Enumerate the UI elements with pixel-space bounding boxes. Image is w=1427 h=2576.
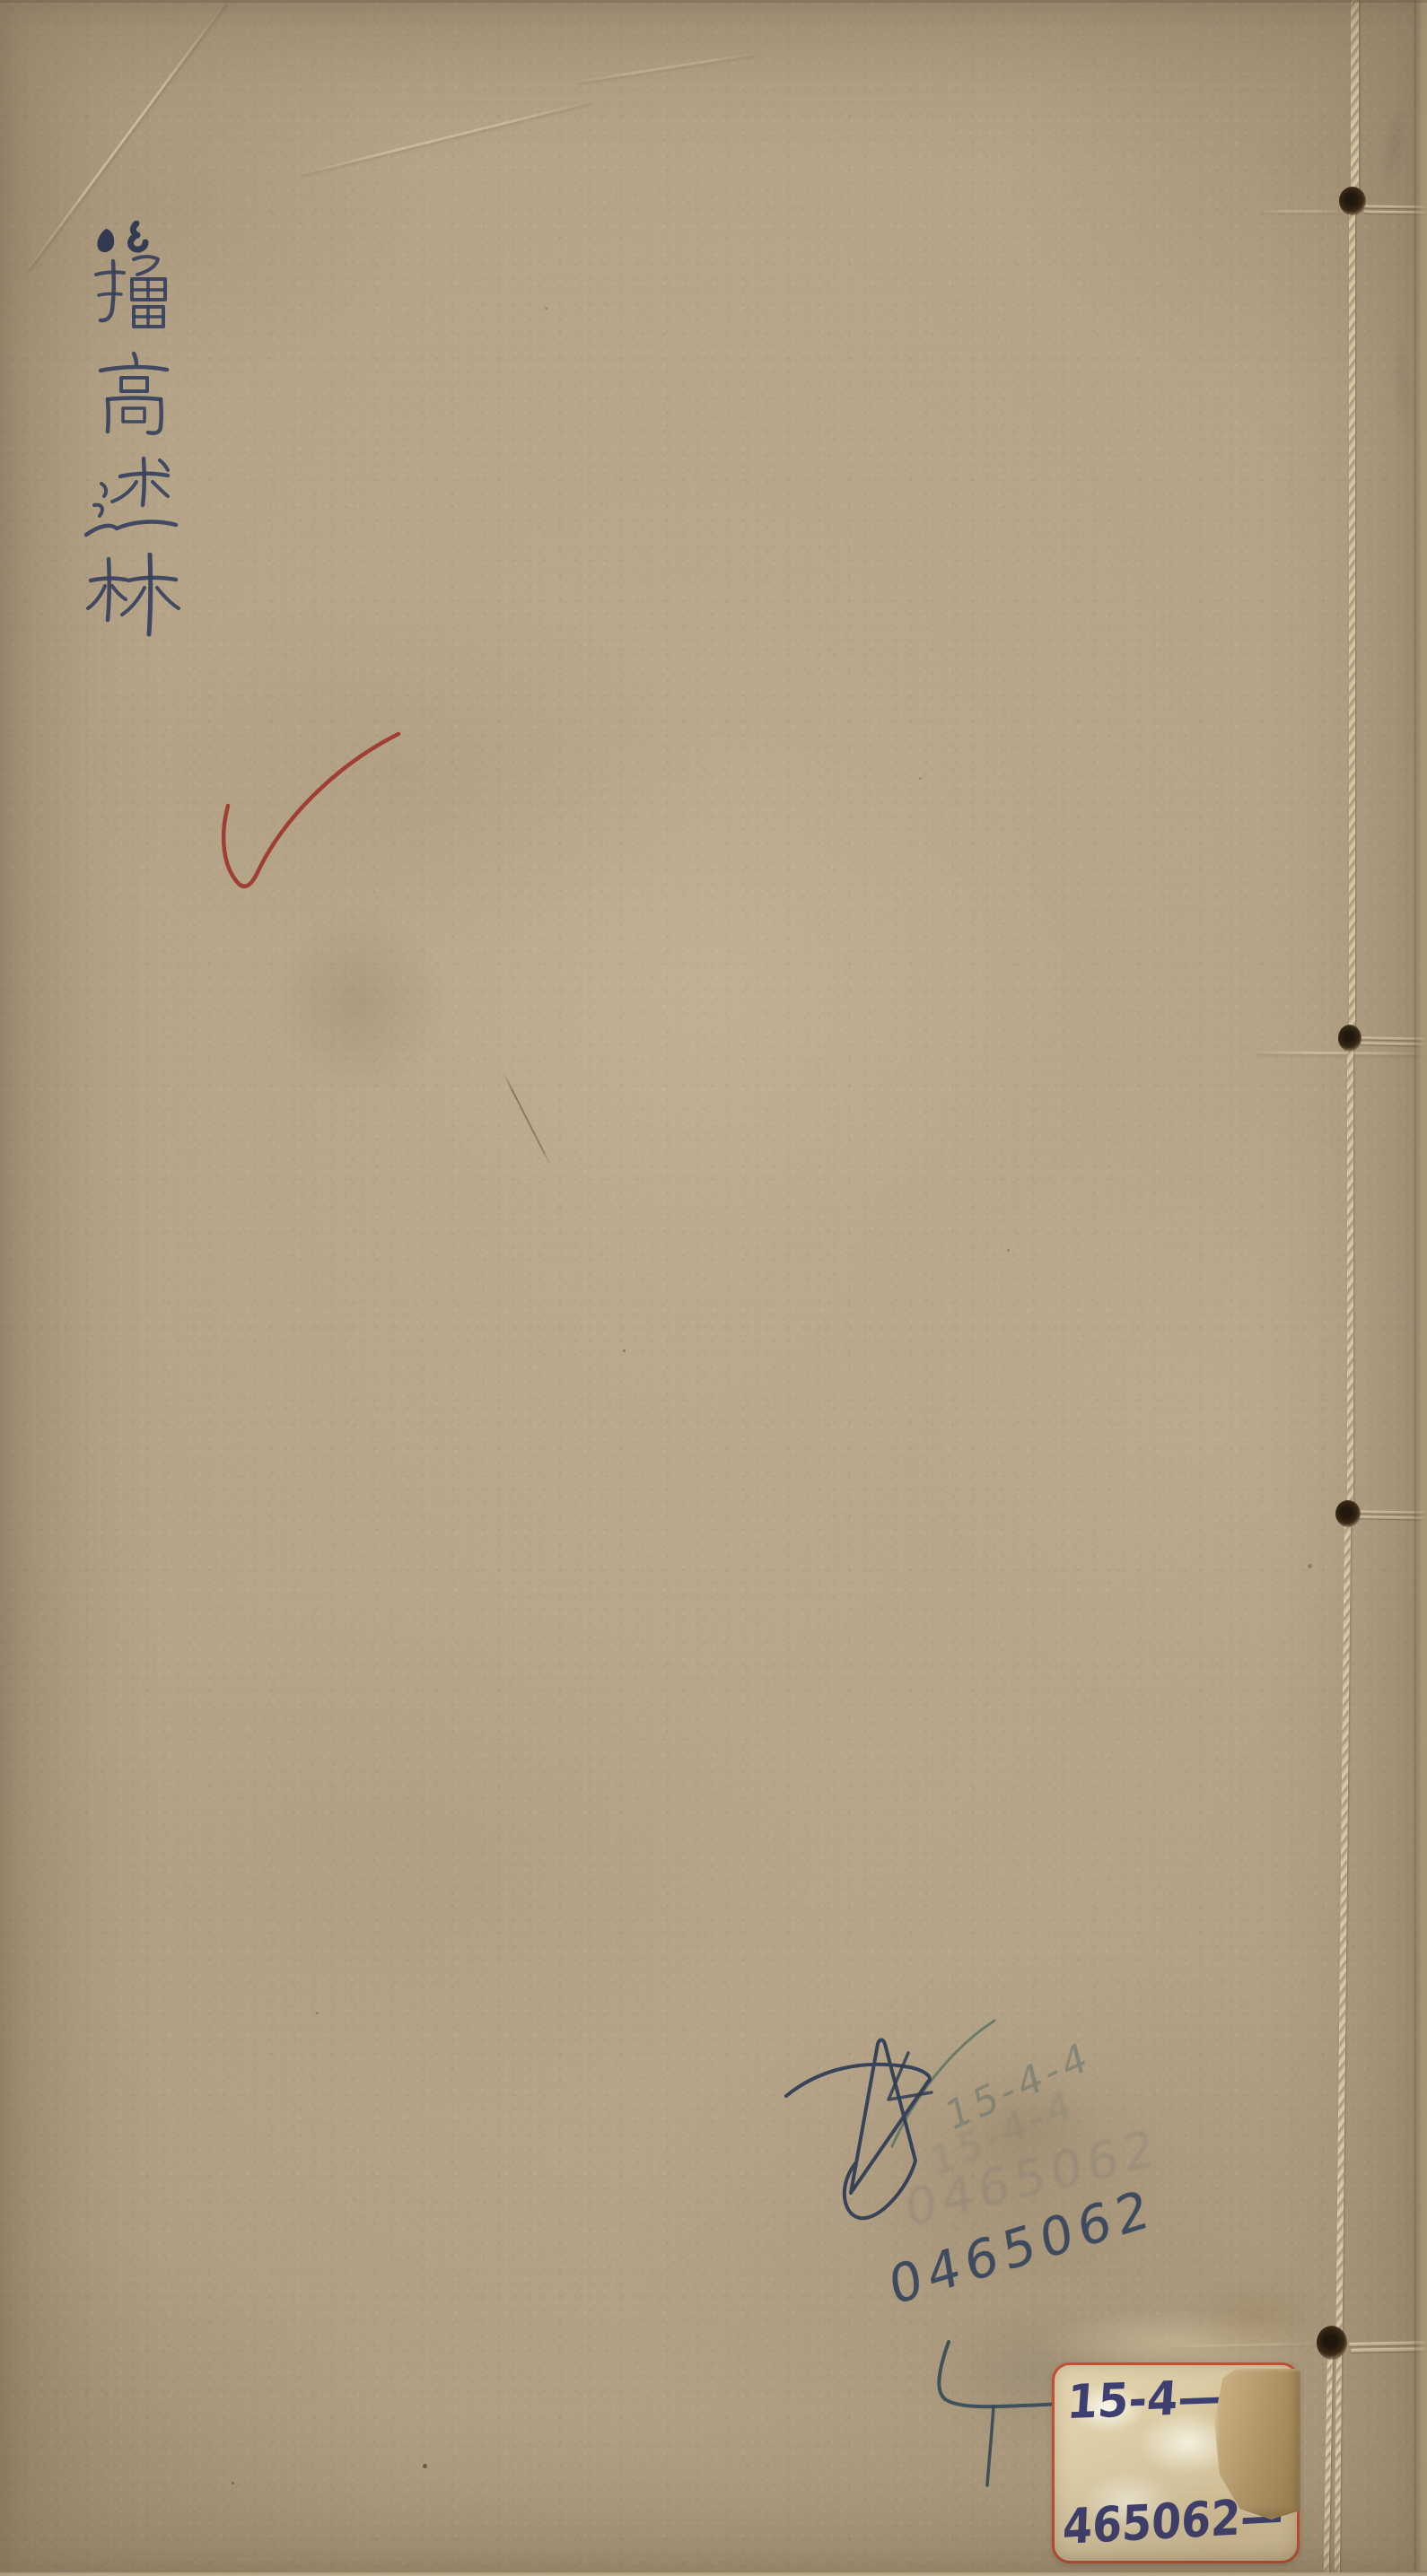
page-fore-edge	[1415, 0, 1427, 2576]
paper-crease	[1255, 1051, 1427, 1054]
paper-crease	[302, 100, 591, 175]
paper-crease	[1260, 210, 1343, 213]
stitch-knot	[1317, 2326, 1347, 2360]
binding-thread-vertical	[1347, 1048, 1353, 1509]
binding-thread-vertical	[1349, 212, 1355, 1032]
title-char-2-strokes	[90, 350, 179, 440]
page-top-edge	[0, 0, 1427, 3]
stitch-knot	[1335, 1500, 1361, 1527]
call-number-label: 15-4— 465062—	[1052, 2362, 1300, 2563]
binding-thread-vertical	[1351, 0, 1359, 194]
title-char-1-strokes	[83, 221, 186, 339]
handwritten-title: 籀高述林	[54, 206, 215, 673]
red-checkmark	[208, 716, 415, 913]
binding-thread-vertical	[1335, 2353, 1342, 2576]
title-char-3-strokes	[81, 454, 184, 551]
stain	[269, 906, 449, 1095]
smudge	[1375, 98, 1412, 199]
stitch-knot	[1339, 187, 1366, 215]
label-call-number: 15-4—	[1065, 2371, 1224, 2430]
page-bottom-edge	[0, 2571, 1427, 2576]
binding-thread-vertical	[1336, 1525, 1351, 2333]
stain	[1185, 2272, 1328, 2362]
title-char-4-strokes	[83, 553, 183, 644]
paper-fiber	[502, 1071, 551, 1166]
paper-crease	[1167, 2343, 1319, 2348]
stitch-knot	[1338, 1025, 1361, 1052]
binding-thread-vertical	[1324, 2353, 1333, 2576]
paper-crease	[577, 52, 755, 83]
book-cover-scan: 籀高述林	[0, 0, 1427, 2576]
